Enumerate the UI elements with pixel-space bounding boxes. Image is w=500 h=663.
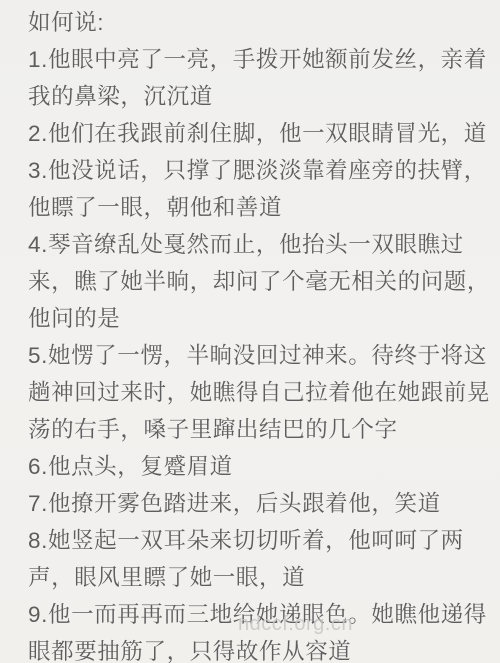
text-line: 趟神回过来时，她瞧得自己拉着他在她跟前晃 bbox=[28, 374, 482, 411]
page-title: 如何说: bbox=[28, 4, 482, 41]
list-item-3: 3.他没说话，只撑了腮淡淡靠着座旁的扶臂， 他瞟了一眼，朝他和善道 bbox=[28, 152, 482, 226]
text-line: 8.她竖起一双耳朵来切切听着，他呵呵了两 bbox=[28, 522, 482, 559]
text-line: 2.他们在我跟前刹住脚，他一双眼睛冒光，道 bbox=[28, 115, 482, 152]
list-item-8: 8.她竖起一双耳朵来切切听着，他呵呵了两 声，眼风里瞟了她一眼，道 bbox=[28, 522, 482, 596]
text-line: 他瞟了一眼，朝他和善道 bbox=[28, 189, 482, 226]
text-line: 眼都要抽筋了，只得故作从容道 bbox=[28, 633, 482, 663]
text-line: 4.琴音缭乱处戛然而止，他抬头一双眼瞧过 bbox=[28, 226, 482, 263]
list-item-1: 1.他眼中亮了一亮，手拨开她额前发丝，亲着 我的鼻梁，沉沉道 bbox=[28, 41, 482, 115]
list-item-9: 9.他一而再再而三地给她递眼色。她瞧他递得 眼都要抽筋了，只得故作从容道 bbox=[28, 596, 482, 663]
list-item-6: 6.他点头，复蹙眉道 bbox=[28, 448, 482, 485]
page: 如何说: 1.他眼中亮了一亮，手拨开她额前发丝，亲着 我的鼻梁，沉沉道 2.他们… bbox=[0, 0, 500, 663]
text-line: 3.他没说话，只撑了腮淡淡靠着座旁的扶臂， bbox=[28, 152, 482, 189]
list-item-2: 2.他们在我跟前刹住脚，他一双眼睛冒光，道 bbox=[28, 115, 482, 152]
text-line: 6.他点头，复蹙眉道 bbox=[28, 448, 482, 485]
text-line: 1.他眼中亮了一亮，手拨开她额前发丝，亲着 bbox=[28, 41, 482, 78]
text-line: 他问的是 bbox=[28, 300, 482, 337]
text-line: 7.他撩开雾色踏进来，后头跟着他，笑道 bbox=[28, 485, 482, 522]
list-item-5: 5.她愣了一愣，半晌没回过神来。待终于将这 趟神回过来时，她瞧得自己拉着他在她跟… bbox=[28, 337, 482, 448]
text-line: 来，瞧了她半晌，却问了个毫无相关的问题， bbox=[28, 263, 482, 300]
text-line: 5.她愣了一愣，半晌没回过神来。待终于将这 bbox=[28, 337, 482, 374]
text-line: 我的鼻梁，沉沉道 bbox=[28, 78, 482, 115]
text-line: 荡的右手，嗓子里蹿出结巴的几个字 bbox=[28, 411, 482, 448]
text-line: 声，眼风里瞟了她一眼，道 bbox=[28, 559, 482, 596]
text-block: 如何说: 1.他眼中亮了一亮，手拨开她额前发丝，亲着 我的鼻梁，沉沉道 2.他们… bbox=[28, 4, 482, 663]
list-item-7: 7.他撩开雾色踏进来，后头跟着他，笑道 bbox=[28, 485, 482, 522]
list-item-4: 4.琴音缭乱处戛然而止，他抬头一双眼瞧过 来，瞧了她半晌，却问了个毫无相关的问题… bbox=[28, 226, 482, 337]
text-line: 9.他一而再再而三地给她递眼色。她瞧他递得 bbox=[28, 596, 482, 633]
